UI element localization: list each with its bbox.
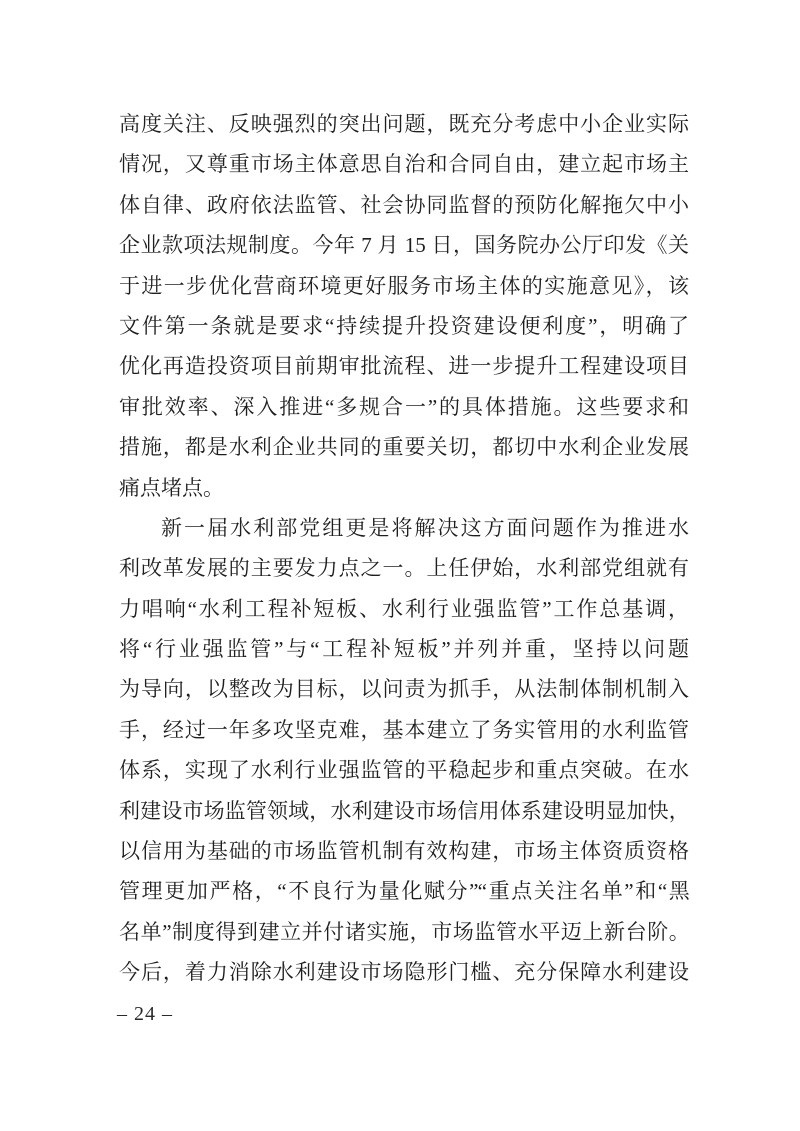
body-text-line: 体系，实现了水利行业强监管的平稳起步和重点突破。在水 bbox=[119, 750, 689, 790]
body-text-line: 力唱响“水利工程补短板、水利行业强监管”工作总基调， bbox=[119, 589, 689, 629]
body-text-line: 将“行业强监管”与“工程补短板”并列并重，坚持以问题 bbox=[119, 629, 689, 669]
body-text-line: 于进一步优化营商环境更好服务市场主体的实施意见》，该 bbox=[119, 266, 689, 306]
body-text-line: 利建设市场监管领域，水利建设市场信用体系建设明显加快， bbox=[119, 791, 689, 831]
body-text-line: 名单”制度得到建立并付诸实施，市场监管水平迈上新台阶。 bbox=[119, 912, 689, 952]
document-page: 高度关注、反映强烈的突出问题，既充分考虑中小企业实际 情况，又尊重市场主体意思自… bbox=[0, 0, 800, 1131]
body-text-line paragraph-end-line: 痛点堵点。 bbox=[119, 468, 689, 508]
body-text-line: 管理更加严格，“不良行为量化赋分”“重点关注名单”和“黑 bbox=[119, 871, 689, 911]
body-text: 高度关注、反映强烈的突出问题，既充分考虑中小企业实际 情况，又尊重市场主体意思自… bbox=[119, 104, 689, 993]
body-text-line: 情况，又尊重市场主体意思自治和合同自由，建立起市场主 bbox=[119, 144, 689, 184]
body-text-line: 企业款项法规制度。今年 7 月 15 日，国务院办公厅印发《关 bbox=[119, 225, 689, 265]
page-number: – 24 – bbox=[117, 1001, 173, 1027]
body-text-line: 以信用为基础的市场监管机制有效构建，市场主体资质资格 bbox=[119, 831, 689, 871]
body-text-line: 手，经过一年多攻坚克难，基本建立了务实管用的水利监管 bbox=[119, 710, 689, 750]
body-text-line: 措施，都是水利企业共同的重要关切，都切中水利企业发展 bbox=[119, 427, 689, 467]
body-text-line: 高度关注、反映强烈的突出问题，既充分考虑中小企业实际 bbox=[119, 104, 689, 144]
body-text-line: 为导向，以整改为目标，以问责为抓手，从法制体制机制入 bbox=[119, 669, 689, 709]
body-text-line: 利改革发展的主要发力点之一。上任伊始，水利部党组就有 bbox=[119, 548, 689, 588]
body-text-line: 体自律、政府依法监管、社会协同监督的预防化解拖欠中小 bbox=[119, 185, 689, 225]
body-text-line: 审批效率、深入推进“多规合一”的具体措施。这些要求和 bbox=[119, 387, 689, 427]
body-text-line: 文件第一条就是要求“持续提升投资建设便利度”，明确了 bbox=[119, 306, 689, 346]
body-text-line: 优化再造投资项目前期审批流程、进一步提升工程建设项目 bbox=[119, 346, 689, 386]
body-text-line: 今后，着力消除水利建设市场隐形门槛、充分保障水利建设 bbox=[119, 952, 689, 992]
body-text-line paragraph-start-line: 新一届水利部党组更是将解决这方面问题作为推进水 bbox=[119, 508, 689, 548]
